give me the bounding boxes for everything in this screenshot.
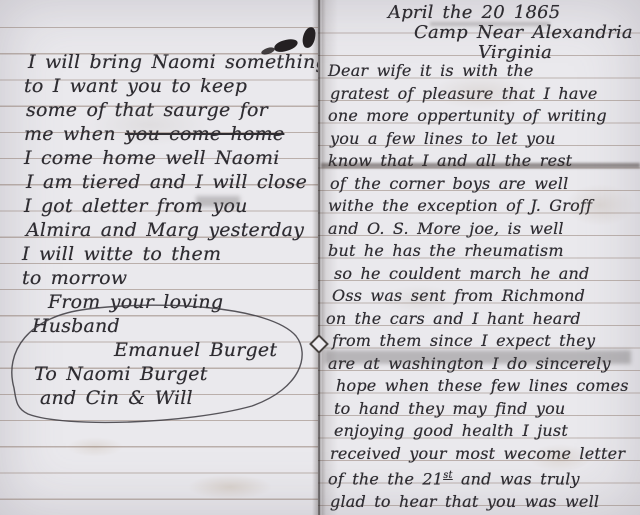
left-page: I will bring Naomi somethingto I want yo… bbox=[0, 0, 318, 515]
handwriting-line: glad to hear that you was well bbox=[326, 491, 640, 514]
handwriting-text: received your most wecome letter bbox=[330, 444, 625, 463]
handwriting-line: and Cin & Will bbox=[22, 386, 318, 410]
handwriting-text: know that I and all the rest bbox=[328, 151, 572, 170]
handwriting-line: I come home well Naomi bbox=[22, 146, 318, 170]
handwriting-text: I will bring Naomi something bbox=[28, 51, 318, 73]
handwriting-line: of the the 21st and was truly bbox=[326, 465, 640, 491]
handwriting-line: some of that saurge for bbox=[22, 98, 318, 122]
handwriting-line: and O. S. More joe, is well bbox=[326, 218, 640, 241]
handwriting-line: you a few lines to let you bbox=[326, 128, 640, 151]
handwriting-text: some of that saurge for bbox=[26, 99, 268, 121]
handwriting-text: and was truly bbox=[453, 469, 580, 488]
handwriting-text: Oss was sent from Richmond bbox=[332, 286, 585, 305]
left-page-handwriting: I will bring Naomi somethingto I want yo… bbox=[22, 50, 318, 410]
handwriting-line: know that I and all the rest bbox=[326, 150, 640, 173]
handwriting-line: Emanuel Burget bbox=[22, 338, 318, 362]
handwriting-line: hope when these few lines comes bbox=[326, 375, 640, 398]
handwriting-text: Camp Near Alexandria bbox=[414, 22, 633, 43]
handwriting-text: of the corner boys are well bbox=[330, 174, 568, 193]
handwriting-line: Almira and Marg yesterday bbox=[22, 218, 318, 242]
handwriting-line: gratest of pleasure that I have bbox=[326, 83, 640, 106]
handwriting-text: I got aletter from you bbox=[24, 195, 248, 217]
handwriting-line: From your loving bbox=[22, 290, 318, 314]
handwriting-line: received your most wecome letter bbox=[326, 443, 640, 466]
handwriting-line: of the corner boys are well bbox=[326, 173, 640, 196]
handwriting-line: so he couldent march he and bbox=[326, 263, 640, 286]
handwriting-line: I got aletter from you bbox=[22, 194, 318, 218]
handwriting-line: are at washington I do sincerely bbox=[326, 353, 640, 376]
handwriting-text: I am tiered and I will close bbox=[26, 171, 307, 193]
handwriting-text: to morrow bbox=[22, 267, 127, 289]
handwriting-line: I will witte to them bbox=[22, 242, 318, 266]
handwriting-text: from them since I expect they bbox=[332, 331, 595, 350]
handwriting-text: Husband bbox=[32, 315, 120, 337]
handwriting-text: to hand they may find you bbox=[334, 399, 565, 418]
handwriting-text: I will witte to them bbox=[22, 243, 221, 265]
handwriting-text: I come home well Naomi bbox=[24, 147, 280, 169]
handwriting-line: To Naomi Burget bbox=[22, 362, 318, 386]
handwriting-text: you a few lines to let you bbox=[330, 129, 556, 148]
handwriting-line: enjoying good health I just bbox=[326, 420, 640, 443]
handwriting-text: To Naomi Burget bbox=[34, 363, 208, 385]
handwriting-text: st bbox=[443, 470, 452, 481]
handwriting-line: one more oppertunity of writing bbox=[326, 105, 640, 128]
handwriting-line: Dear wife it is with the bbox=[326, 60, 640, 83]
handwriting-line: I will bring Naomi something bbox=[22, 50, 318, 74]
handwriting-line: withe the exception of J. Groff bbox=[326, 195, 640, 218]
handwriting-text: and O. S. More joe, is well bbox=[328, 219, 564, 238]
right-page-handwriting: Dear wife it is with thegratest of pleas… bbox=[326, 60, 640, 513]
handwriting-line: to hand they may find you bbox=[326, 398, 640, 421]
handwriting-text: so he couldent march he and bbox=[334, 264, 589, 283]
handwriting-line: Husband bbox=[22, 314, 318, 338]
handwriting-text: but he has the rheumatism bbox=[328, 241, 564, 260]
handwriting-text: gratest of pleasure that I have bbox=[330, 84, 598, 103]
handwriting-text: to I want you to keep bbox=[24, 75, 247, 97]
handwriting-text: one more oppertunity of writing bbox=[328, 106, 607, 125]
handwriting-line: to I want you to keep bbox=[22, 74, 318, 98]
handwriting-text: glad to hear that you was well bbox=[330, 492, 599, 511]
handwriting-line: Camp Near Alexandria bbox=[326, 23, 638, 43]
handwriting-text: From your loving bbox=[48, 291, 223, 313]
handwriting-line: me when you come home bbox=[22, 122, 318, 146]
handwriting-line: but he has the rheumatism bbox=[326, 240, 640, 263]
letter-scan: I will bring Naomi somethingto I want yo… bbox=[0, 0, 640, 515]
handwriting-text: me when bbox=[24, 123, 125, 145]
handwriting-text: Dear wife it is with the bbox=[328, 61, 534, 80]
handwriting-text: Emanuel Burget bbox=[114, 339, 277, 361]
handwriting-line: Oss was sent from Richmond bbox=[326, 285, 640, 308]
handwriting-line: I am tiered and I will close bbox=[22, 170, 318, 194]
handwriting-text: April the 20 1865 bbox=[388, 2, 560, 23]
handwriting-text: enjoying good health I just bbox=[334, 421, 568, 440]
right-page-heading: April the 20 1865Camp Near AlexandriaVir… bbox=[326, 3, 638, 63]
handwriting-line: April the 20 1865 bbox=[326, 3, 638, 23]
handwriting-line: on the cars and I hant heard bbox=[326, 308, 640, 331]
struck-text: you come home bbox=[125, 123, 284, 145]
handwriting-line: to morrow bbox=[22, 266, 318, 290]
handwriting-text: on the cars and I hant heard bbox=[326, 309, 581, 328]
handwriting-text: and Cin & Will bbox=[40, 387, 193, 409]
handwriting-text: are at washington I do sincerely bbox=[328, 354, 611, 373]
handwriting-line: from them since I expect they bbox=[326, 330, 640, 353]
handwriting-text: hope when these few lines comes bbox=[336, 376, 629, 395]
handwriting-text: Almira and Marg yesterday bbox=[26, 219, 304, 241]
handwriting-text: of the the 21 bbox=[328, 469, 443, 488]
handwriting-text: withe the exception of J. Groff bbox=[328, 196, 592, 215]
